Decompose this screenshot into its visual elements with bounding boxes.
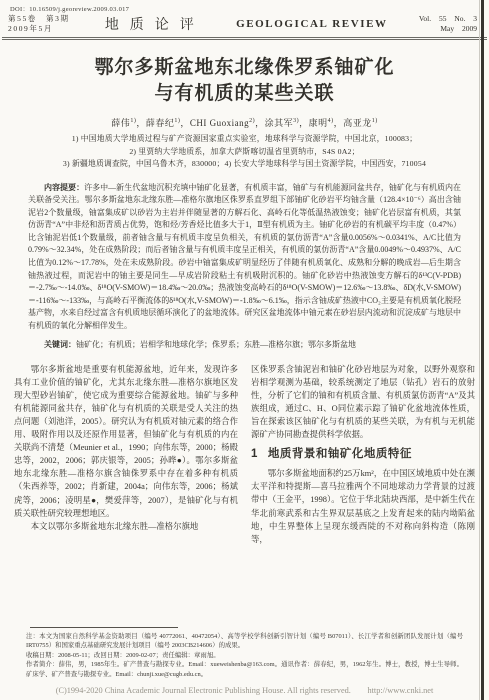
author-separator: ， xyxy=(334,118,344,128)
scan-edge-artifact xyxy=(479,0,480,700)
author-name: 薛春纪 xyxy=(146,118,175,128)
date-cn: 2009年5月 xyxy=(8,24,70,34)
right-column: 区侏罗系含铀泥岩和铀矿化砂岩地层为对象，以野外观察和岩相学观测为基础，较系统测定… xyxy=(251,363,475,593)
section-heading: 1地质背景和铀矿化地质特征 xyxy=(251,448,475,461)
body-paragraph: 区侏罗系含铀泥岩和铀矿化砂岩地层为对象，以野外观察和岩相学观测为基础，较系统测定… xyxy=(251,363,475,442)
keywords: 关键词：铀矿化；有机质；岩相学和地球化学；侏罗系；东胜—准格尔旗；鄂尔多斯盆地 xyxy=(28,339,461,350)
page-footer: 注：本文为国家自然科学基金资助项目（编号 40772061、40472054）、… xyxy=(0,627,489,696)
body-paragraph: 本文以鄂尔多斯盆地东北缘东胜—准格尔旗地 xyxy=(14,520,238,533)
author: CHI Guoxiang2) xyxy=(190,118,255,128)
author: 薛春纪1) xyxy=(146,118,181,128)
affiliation-line: 3) 新疆地质调查院，中国乌鲁木齐，830000；4) 长安大学地球科学与国土资… xyxy=(0,158,489,171)
author-separator: ， xyxy=(136,118,146,128)
body-paragraph: 鄂尔多斯盆地是重要有机能源盆地，近年来，发现许多具有工业价值的铀矿化，尤其东北缘… xyxy=(14,363,238,520)
authors-line: 薛伟1)，薛春纪1)，CHI Guoxiang2)，涂其军3)，康明4)，高亚龙… xyxy=(0,116,489,129)
section-number: 1 xyxy=(251,448,258,460)
author: 高亚龙1) xyxy=(343,118,378,128)
journal-article-page: DOI：10.16509/j.georeview.2009.03.017 第55… xyxy=(0,0,489,700)
abstract: 内容提要：许多中—新生代盆地沉积充填中铀矿化显著，有机质丰富，铀矿与有机能源同盆… xyxy=(28,182,461,333)
author: 薛伟1) xyxy=(111,118,136,128)
author-name: 高亚龙 xyxy=(343,118,372,128)
body-paragraph: 鄂尔多斯盆地面积约25万km²，在中国区域地质中处在濒太平洋和特提斯—喜马拉雅两… xyxy=(251,467,475,546)
affiliation-line: 1) 中国地质大学地质过程与矿产资源国家重点实验室，地球科学与资源学院，中国北京… xyxy=(0,133,489,146)
article-title-line1: 鄂尔多斯盆地东北缘侏罗系铀矿化 xyxy=(0,55,489,81)
author-affiliation-mark: 1) xyxy=(372,118,378,124)
left-column: 鄂尔多斯盆地是重要有机能源盆地，近年来，发现许多具有工业价值的铀矿化，尤其东北缘… xyxy=(14,363,238,593)
section-title: 地质背景和铀矿化地质特征 xyxy=(268,448,412,460)
journal-header: DOI：10.16509/j.georeview.2009.03.017 第55… xyxy=(0,0,489,40)
footnote-dates: 收稿日期：2008-05-11；改回日期：2009-02-07；责任编辑：章雨旭… xyxy=(26,651,463,660)
keywords-label: 关键词： xyxy=(44,340,76,349)
article-title-line2: 与有机质的某些关联 xyxy=(0,81,489,107)
author: 涂其军3) xyxy=(265,118,300,128)
scan-edge-artifact xyxy=(481,0,484,700)
author-name: CHI Guoxiang xyxy=(190,118,249,128)
cnki-watermark: (C)1994-2020 China Academic Journal Elec… xyxy=(26,684,463,696)
affiliation-line: 2) 里贾纳大学地质系，加拿大萨斯喀切温省里贾纳市，S4S 0A2； xyxy=(0,146,489,159)
masthead: 第55卷 第3期 2009年5月 地质论评 GEOLOGICAL REVIEW … xyxy=(0,13,489,37)
volume-issue-en: Vol. 55 No. 3 xyxy=(419,14,477,24)
author: 康明4) xyxy=(309,118,334,128)
abstract-text: 许多中—新生代盆地沉积充填中铀矿化显著，有机质丰富，铀矿与有机能源同盆共存，铀矿… xyxy=(28,183,461,331)
journal-title-en: GEOLOGICAL REVIEW xyxy=(236,18,388,30)
footnote-divider xyxy=(30,627,178,628)
keywords-text: 铀矿化；有机质；岩相学和地球化学；侏罗系；东胜—准格尔旗；鄂尔多斯盆地 xyxy=(76,340,356,349)
footnotes: 注：本文为国家自然科学基金资助项目（编号 40772061、40472054）、… xyxy=(26,632,463,679)
body-columns: 鄂尔多斯盆地是重要有机能源盆地，近年来，发现许多具有工业价值的铀矿化，尤其东北缘… xyxy=(14,363,475,593)
article-title: 鄂尔多斯盆地东北缘侏罗系铀矿化 与有机质的某些关联 xyxy=(0,55,489,107)
journal-title-cn: 地质论评 xyxy=(105,14,205,34)
issue-info-en: Vol. 55 No. 3 May 2009 xyxy=(419,14,477,34)
footnote-author-bio: 作者简介：薛伟，男，1985年生。矿产普查与勘探专业。Email：xueweis… xyxy=(26,660,463,679)
doi-line: DOI：10.16509/j.georeview.2009.03.017 xyxy=(0,4,489,13)
author-separator: ， xyxy=(180,118,190,128)
author-name: 康明 xyxy=(309,118,328,128)
author-name: 薛伟 xyxy=(111,118,130,128)
author-separator: ， xyxy=(299,118,309,128)
abstract-label: 内容提要： xyxy=(44,183,84,192)
affiliations: 1) 中国地质大学地质过程与矿产资源国家重点实验室，地球科学与资源学院，中国北京… xyxy=(0,133,489,171)
author-name: 涂其军 xyxy=(265,118,294,128)
author-separator: ， xyxy=(255,118,265,128)
issue-info-cn: 第55卷 第3期 2009年5月 xyxy=(8,14,70,34)
volume-issue-cn: 第55卷 第3期 xyxy=(8,14,70,24)
header-divider xyxy=(2,37,487,40)
footnote-funding: 注：本文为国家自然科学基金资助项目（编号 40772061、40472054）、… xyxy=(26,632,463,651)
date-en: May 2009 xyxy=(419,24,477,34)
